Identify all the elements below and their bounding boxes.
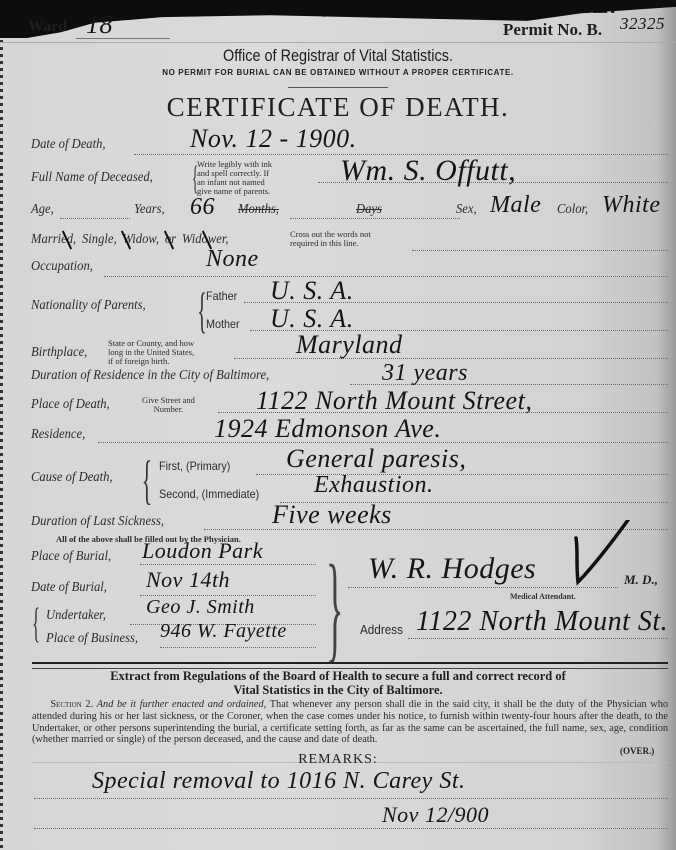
date-of-death-label: Date of Death, (31, 137, 106, 153)
immediate-cause-label: Second, (Immediate) (159, 487, 259, 501)
ward-label: Ward (28, 18, 67, 36)
birthplace-note: State or County, and how long in the Uni… (108, 339, 194, 366)
father-nationality: U. S. A. (270, 276, 354, 306)
address-line (408, 638, 668, 639)
place-of-death-note: Give Street and Number. (142, 396, 195, 414)
permit-label: Permit No. B. (503, 20, 602, 40)
occupation-label: Occupation, (31, 259, 93, 275)
burial-place-label: Place of Burial, (31, 549, 111, 565)
enacted-clause: And be it further enacted and ordained, (97, 699, 266, 710)
certificate-title: CERTIFICATE OF DEATH. (0, 92, 676, 123)
color-value: White (602, 192, 660, 219)
primary-cause-value: General paresis, (286, 444, 466, 474)
medical-attendant-caption: Medical Attendant. (510, 592, 576, 601)
burial-permit-notice: NO PERMIT FOR BURIAL CAN BE OBTAINED WIT… (0, 68, 676, 77)
undertaker-label: Undertaker, (46, 608, 106, 624)
marital-line (412, 250, 668, 251)
title-rule (288, 87, 388, 88)
perforated-edge (0, 40, 3, 850)
marital-option-single: Single, (82, 232, 117, 247)
brace-right: } (326, 538, 343, 676)
burial-date-value: Nov 14th (146, 567, 230, 593)
marital-note: Cross out the words not required in this… (290, 230, 371, 248)
business-place-label: Place of Business, (46, 631, 138, 647)
father-label: Father (206, 289, 237, 303)
regulations-title-line1: Extract from Regulations of the Board of… (0, 669, 676, 684)
burial-place-line (140, 564, 316, 565)
section-divider (32, 662, 668, 664)
section-label: Section 2. (50, 699, 93, 710)
birthplace-value: Maryland (296, 330, 403, 360)
undertaker-value: Geo J. Smith (146, 596, 255, 619)
check-mark-icon (570, 520, 630, 590)
physician-signature: W. R. Hodges (368, 552, 536, 586)
residence-value: 1924 Edmonson Ave. (214, 414, 441, 444)
months-days-line (290, 218, 460, 219)
business-place-value: 946 W. Fayette (160, 620, 287, 643)
date-of-death-value: Nov. 12 - 1900. (190, 124, 357, 154)
age-line (60, 218, 130, 219)
remarks-title: REMARKS: (0, 752, 676, 768)
burial-date-label: Date of Burial, (31, 580, 107, 596)
remarks-line-1 (34, 798, 668, 799)
ward-value: 18 (86, 10, 113, 40)
permit-number: 32325 (620, 14, 665, 34)
brace-left: { (32, 600, 40, 648)
brace-left: { (142, 449, 152, 511)
physician-address: 1122 North Mount St. (416, 606, 668, 638)
full-name-value: Wm. S. Offutt, (340, 154, 516, 188)
place-of-death-label: Place of Death, (31, 397, 110, 413)
burial-place-value: Loudon Park (142, 538, 263, 564)
sex-label: Sex, (456, 202, 477, 218)
full-name-label: Full Name of Deceased, (31, 170, 153, 186)
remarks-line-2 (34, 828, 668, 829)
address-label: Address (360, 622, 403, 637)
sickness-duration-value: Five weeks (272, 500, 392, 530)
regulations-title-line2: Vital Statistics in the City of Baltimor… (0, 683, 676, 698)
remarks-line1-value: Special removal to 1016 N. Carey St. (92, 768, 466, 795)
regulations-section-text: Section 2. And be it further enacted and… (32, 699, 668, 746)
residence-duration-value: 31 years (382, 360, 468, 387)
days-label: Days (356, 202, 382, 218)
cause-of-death-label: Cause of Death, (31, 470, 113, 486)
immediate-cause-value: Exhaustion. (314, 472, 434, 499)
years-value: 66 (190, 194, 215, 221)
header-rule (0, 42, 676, 43)
age-label: Age, (31, 202, 54, 218)
birthplace-label: Birthplace, (31, 345, 87, 361)
sickness-duration-label: Duration of Last Sickness, (31, 514, 164, 530)
business-place-line (160, 647, 316, 648)
residence-label: Residence, (31, 427, 85, 443)
months-label: Months, (238, 202, 279, 218)
sex-value: Male (490, 192, 541, 219)
mother-label: Mother (206, 317, 240, 331)
occupation-value: None (206, 246, 259, 273)
place-of-death-value: 1122 North Mount Street, (256, 386, 532, 416)
years-label: Years, (134, 202, 165, 218)
office-heading: Office of Registrar of Vital Statistics. (51, 46, 626, 66)
remarks-line2-value: Nov 12/900 (382, 802, 489, 828)
color-label: Color, (557, 202, 588, 218)
primary-cause-label: First, (Primary) (159, 459, 230, 473)
full-name-note: Write legibly with ink and spell correct… (197, 160, 272, 196)
occupation-line (104, 276, 668, 277)
nationality-label: Nationality of Parents, (31, 298, 146, 314)
residence-duration-label: Duration of Residence in the City of Bal… (31, 368, 269, 384)
